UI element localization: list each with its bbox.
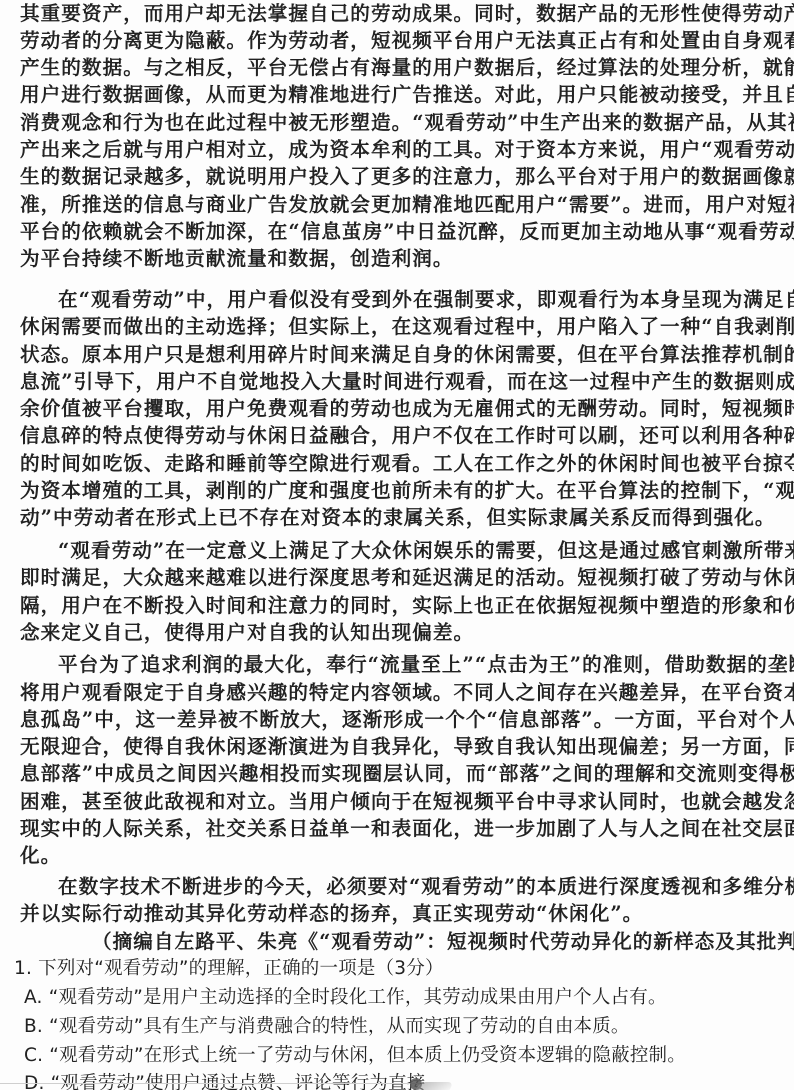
text-line: 状态。原本用户只是想利用碎片时间来满足自身的休闲需要，但在平台算法推荐机制的“信 [20, 341, 794, 368]
text-line: 休闲需要而做出的主动选择；但实际上，在这观看过程中，用户陷入了一种“自我剥削”的 [20, 313, 794, 340]
text-line: 为资本增殖的工具，剥削的广度和强度也前所未有的扩大。在平台算法的控制下，“观看劳 [20, 477, 794, 504]
option-d: D. “观看劳动”使用户通过点赞、评论等行为直接 [24, 1070, 425, 1090]
text-line: 的时间如吃饭、走路和睡前等空隙进行观看。工人在工作之外的休闲时间也被平台掠夺，成 [20, 450, 794, 477]
paragraph-start: 在数字技术不断进步的今天，必须要对“观看劳动”的本质进行深度透视和多维分析， [58, 873, 794, 900]
option-b: B. “观看劳动”具有生产与消费融合的特性，从而实现了劳动的自由本质。 [24, 1013, 630, 1040]
paragraph-start: “观看劳动”在一定意义上满足了大众休闲娱乐的需要，但这是通过感官刺激所带来的 [58, 537, 794, 564]
text-line: 念来定义自己，使得用户对自我的认知出现偏差。 [20, 619, 474, 646]
option-a: A. “观看劳动”是用户主动选择的全时段化工作，其劳动成果由用户个人占有。 [24, 984, 667, 1011]
text-line: 产生的数据。与之相反，平台无偿占有海量的用户数据后，经过算法的处理分析，就能够为 [20, 54, 794, 81]
text-line: 平台的依赖就会不断加深，在“信息茧房”中日益沉醉，反而更加主动地从事“观看劳动”… [20, 218, 794, 245]
text-line: 息部落”中成员之间因兴趣相投而实现圈层认同，而“部落”之间的理解和交流则变得极为 [20, 760, 794, 787]
text-line: 消费观念和行为也在此过程中被无形塑造。“观看劳动”中生产出来的数据产品，从其被生 [20, 109, 794, 136]
option-c: C. “观看劳动”在形式上统一了劳动与休闲，但本质上仍受资本逻辑的隐蔽控制。 [24, 1042, 686, 1069]
text-line: 即时满足，大众越来越难以进行深度思考和延迟满足的活动。短视频打破了劳动与休闲的间 [20, 564, 794, 591]
text-line: 生的数据记录越多，就说明用户投入了更多的注意力，那么平台对于用户的数据画像就越精 [20, 163, 794, 190]
text-line: 将用户观看限定于自身感兴趣的特定内容领域。不同人之间存在兴趣差异，在平台资本的“… [20, 679, 794, 706]
text-line: 为平台持续不断地贡献流量和数据，创造利润。 [20, 245, 454, 272]
exam-page: 其重要资产，而用户却无法掌握自己的劳动成果。同时，数据产品的无形性使得劳动产品与… [0, 0, 794, 1090]
text-line: 息流”引导下，用户不自觉地投入大量时间进行观看，而在这一过程中产生的数据则成为剩 [20, 368, 794, 395]
text-line: 动”中劳动者在形式上已不存在对资本的隶属关系，但实际隶属关系反而得到强化。 [20, 504, 776, 531]
source-citation: （摘编自左路平、朱亮《“观看劳动”：短视频时代劳动异化的新样态及其批判》） [92, 928, 794, 955]
text-line: 劳动者的分离更为隐蔽。作为劳动者，短视频平台用户无法真正占有和处置由自身观看行为 [20, 27, 794, 54]
text-line: 息孤岛”中，这一差异被不断放大，逐渐形成一个个“信息部落”。一方面，平台对个人的 [20, 706, 794, 733]
paragraph-start: 平台为了追求利润的最大化，奉行“流量至上”“点击为王”的准则，借助数据的垄断， [58, 651, 794, 678]
text-line: 并以实际行动推动其异化劳动样态的扬弃，真正实现劳动“休闲化”。 [20, 900, 643, 927]
text-line: 余价值被平台攫取，用户免费观看的劳动也成为无雇佣式的无酬劳动。同时，短视频时间短… [20, 395, 794, 422]
text-line: 准，所推送的信息与商业广告发放就会更加精准地匹配用户“需要”。进而，用户对短视频 [20, 191, 794, 218]
question-title: 1. 下列对“观看劳动”的理解，正确的一项是（3分） [14, 955, 444, 982]
text-line: 无限迎合，使得自我休闲逐渐演进为自我异化，导致自我认知出现偏差；另一方面，同一“… [20, 733, 794, 760]
text-line: 隔，用户在不断投入时间和注意力的同时，实际上也正在依据短视频中塑造的形象和价值观 [20, 592, 794, 619]
text-line: 困难，甚至彼此敌视和对立。当用户倾向于在短视频平台中寻求认同时，也就会越发忽视其 [20, 788, 794, 815]
text-line: 产出来之后就与用户相对立，成为资本牟利的工具。对于资本方来说，用户“观看劳动”产 [20, 136, 794, 163]
text-line: 现实中的人际关系，社交关系日益单一和表面化，进一步加剧了人与人之间在社交层面的异 [20, 815, 794, 842]
text-line: 化。 [20, 842, 61, 869]
divider [0, 1083, 420, 1084]
text-line: 用户进行数据画像，从而更为精准地进行广告推送。对此，用户只能被动接受，并且自身的 [20, 81, 794, 108]
paragraph-start: 在“观看劳动”中，用户看似没有受到外在强制要求，即观看行为本身呈现为满足自身 [58, 286, 794, 313]
text-line: 信息碎的特点使得劳动与休闲日益融合，用户不仅在工作时可以刷，还可以利用各种碎片化 [20, 422, 794, 449]
text-line: 其重要资产，而用户却无法掌握自己的劳动成果。同时，数据产品的无形性使得劳动产品与 [20, 0, 794, 27]
